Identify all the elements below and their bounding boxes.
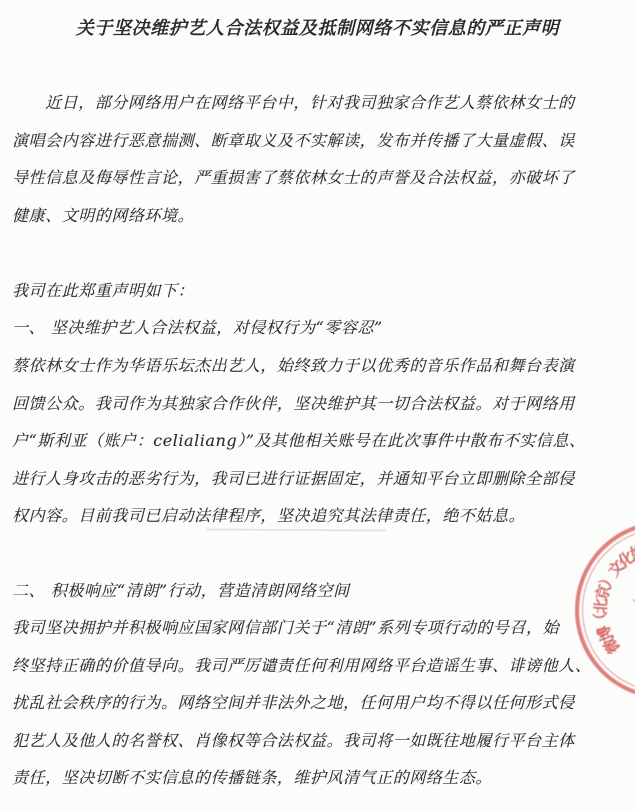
text-line: 终坚持正确的价值导向。我司严厉谴责任何利用网络平台造谣生事、诽谤他人、: [12, 647, 627, 685]
text-line: 我司坚决拥护并积极响应国家网信部门关于“清朗”系列专项行动的号召，始: [12, 609, 627, 647]
seal-star-icon: [624, 570, 635, 650]
text-line: 回馈公众。我司作为其独家合作伙伴，坚决维护其一切合法权益。对于网络用: [12, 385, 627, 423]
text-line: 演唱会内容进行恶意揣测、断章取义及不实解读，发布并传播了大量虚假、误: [12, 122, 627, 160]
text-line: 近日，部分网络用户在网络平台中，针对我司独家合作艺人蔡依林女士的: [12, 84, 627, 122]
text-line: 扰乱社会秩序的行为。网络空间并非法外之地，任何用户均不得以任何形式侵: [12, 684, 627, 722]
scanned-statement-page: 关于坚决维护艺人合法权益及抵制网络不实信息的严正声明 近日，部分网络用户在网络平…: [0, 0, 635, 811]
section1-heading: 一、 坚决维护艺人合法权益，对侵权行为“零容忍”: [12, 309, 627, 347]
text-line: 户“斯利亚（账户：celialiang）”及其他相关账号在此次事件中散布不实信息…: [12, 422, 627, 460]
company-seal-stamp-icon: 微博（北京）文化娱: [575, 521, 635, 699]
text-line: 责任，坚决切断不实信息的传播链条，维护风清气正的网络生态。: [12, 759, 627, 797]
text-line: 健康、文明的网络环境。: [12, 197, 627, 235]
text-line: 进行人身攻击的恶劣行为，我司已进行证据固定，并通知平台立即删除全部侵: [12, 460, 627, 498]
intro-paragraph: 近日，部分网络用户在网络平台中，针对我司独家合作艺人蔡依林女士的演唱会内容进行恶…: [12, 84, 627, 234]
declaration-line: 我司在此郑重声明如下：: [12, 272, 627, 310]
text-line: 蔡依林女士作为华语乐坛杰出艺人，始终致力于以优秀的音乐作品和舞台表演: [12, 347, 627, 385]
section1-paragraph: 蔡依林女士作为华语乐坛杰出艺人，始终致力于以优秀的音乐作品和舞台表演回馈公众。我…: [12, 347, 627, 535]
text-line: 犯艺人及他人的名誉权、肖像权等合法权益。我司将一如既往地履行平台主体: [12, 722, 627, 760]
document-title: 关于坚决维护艺人合法权益及抵制网络不实信息的严正声明: [0, 14, 635, 40]
text-line: 导性信息及侮辱性言论，严重损害了蔡依林女士的声誉及合法权益，亦破坏了: [12, 159, 627, 197]
section2-paragraph: 我司坚决拥护并积极响应国家网信部门关于“清朗”系列专项行动的号召，始终坚持正确的…: [12, 609, 627, 797]
section2-heading: 二、 积极响应“清朗”行动，营造清朗网络空间: [12, 572, 627, 610]
